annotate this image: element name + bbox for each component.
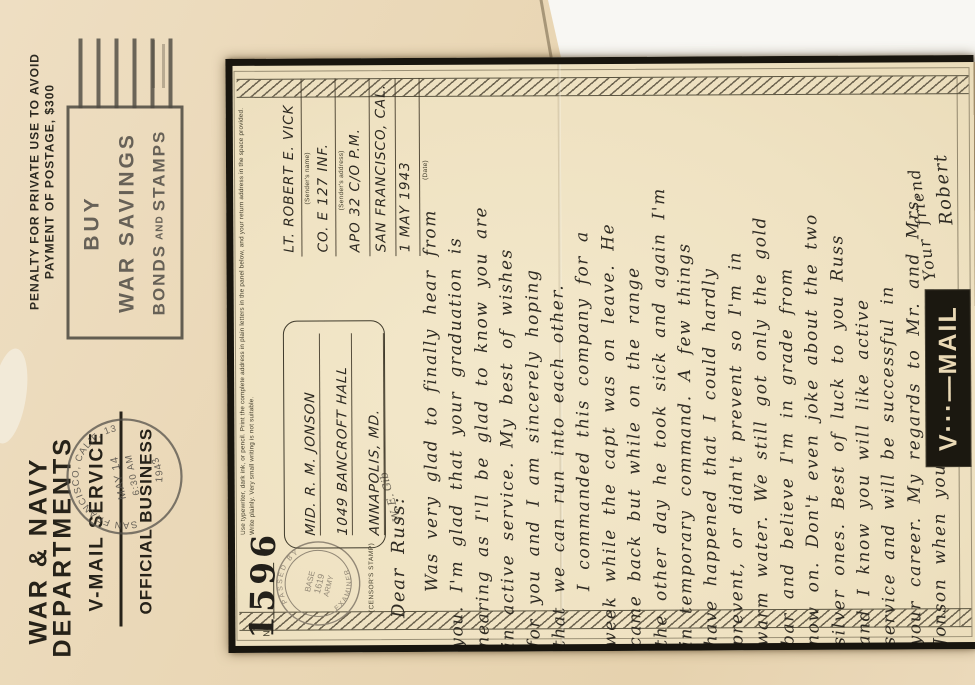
cancel-killer-bar	[97, 39, 101, 109]
censor-arc-bottom: EXAMINER	[333, 566, 358, 615]
handwritten-line: in active service. My best of wishes	[494, 61, 522, 647]
handwritten-line: prevent, or didn't prevent so I'm in	[722, 60, 750, 646]
postmark-arc-bottom: 1943	[149, 454, 168, 485]
address-line: 1049 BANCROFT HALL	[334, 365, 352, 536]
sender-city: SAN FRANCISCO, CAL.	[373, 84, 390, 252]
handwritten-line: service and will be successful in	[875, 59, 903, 645]
cancel-killer-bar	[169, 39, 173, 109]
postmark-stamp: SAN FRANCISCO, CALIF. 13 MAY 14 6:30 AM …	[53, 405, 195, 547]
handwritten-line: week while the capt was on leave. He	[595, 61, 623, 647]
penalty-statement: PENALTY FOR PRIVATE USE TO AVOID PAYMENT…	[28, 27, 58, 337]
slogan-line: WAR SAVINGS	[115, 132, 139, 313]
handwritten-line: the other day he took sick and again I'm	[646, 61, 674, 647]
penalty-line: PENALTY FOR PRIVATE USE TO AVOID	[28, 27, 43, 337]
address-line: MID. R. M. JONSON	[302, 391, 320, 537]
address-line: ANNAPOLIS, MD.	[366, 408, 384, 536]
svg-text:1943: 1943	[149, 454, 168, 485]
letter-date: 1 MAY 1943	[397, 161, 413, 252]
sender-name-label: (Sender's name)	[304, 152, 311, 204]
slogan-line: BONDS AND STAMPS	[150, 130, 170, 316]
sender-name: LT. ROBERT E. VICK	[281, 104, 298, 252]
sender-address-label: (Sender's address)	[338, 150, 345, 210]
scan-background: WAR & NAVY DEPARTMENTS V-MAIL SERVICE OF…	[0, 0, 975, 685]
sender-unit: CO. E 127 INF.	[315, 143, 332, 252]
svg-text:EXAMINER: EXAMINER	[333, 566, 358, 615]
handwritten-line: Was very glad to finally hear from	[417, 62, 445, 648]
sender-apo: APO 32 C/O P.M.	[347, 128, 364, 252]
cancel-killer-bar	[115, 39, 119, 109]
handwritten-line: bar and believe I'm in grade from	[773, 60, 801, 646]
censor-number-stamp: 1596	[242, 531, 283, 640]
salutation: Dear Russ:	[388, 496, 410, 618]
handwritten-line: and I know you will like active	[849, 60, 877, 646]
censor-stamp-label: (CENSOR'S STAMP)	[368, 543, 375, 612]
vmail-letter: Use typewriter, dark ink, or pencil. Pri…	[225, 55, 975, 653]
handwritten-line: that we can run into each other.	[544, 61, 572, 647]
letter-body: Was very glad to finally hear fromyou. I…	[417, 59, 954, 648]
slogan-word: BONDS	[150, 244, 170, 315]
form-instructions: Write plainly. Very small writing is not…	[248, 397, 256, 535]
handwritten-line: now on. Don't even joke about the two	[799, 60, 827, 646]
slogan-cancel-box: BUY WAR SAVINGS BONDS AND STAMPS	[67, 106, 184, 340]
penalty-line: PAYMENT OF POSTAGE, $300	[43, 27, 58, 337]
handwritten-line: I commanded this company for a	[570, 61, 598, 647]
handwritten-line: warm water. We still got only the gold	[748, 60, 776, 646]
cancel-killer-bar	[133, 39, 137, 109]
vmail-logo: V···—MAIL	[925, 289, 972, 467]
slogan-word: AND	[154, 215, 165, 240]
handwritten-line: nearing as I'll be glad to know you are	[468, 62, 496, 648]
address-panel: MID. R. M. JONSON 1049 BANCROFT HALL ANN…	[283, 320, 386, 549]
cancel-killer-bar	[151, 39, 155, 109]
slogan-line: BUY	[80, 194, 104, 250]
cancel-killer-bar	[79, 39, 83, 109]
handwritten-line: have happened that I could hardly	[697, 60, 725, 646]
handwritten-line: in temporary command. A few things	[672, 60, 700, 646]
handwritten-line: for you and I am sincerely hoping	[519, 61, 547, 647]
handwritten-line: came back but while on the range	[621, 61, 649, 647]
handwritten-line: silver ones. Best of luck to you Russ	[824, 60, 852, 646]
slogan-word: STAMPS	[150, 130, 170, 212]
handwritten-line: you. I'm glad that your graduation is	[443, 62, 471, 648]
